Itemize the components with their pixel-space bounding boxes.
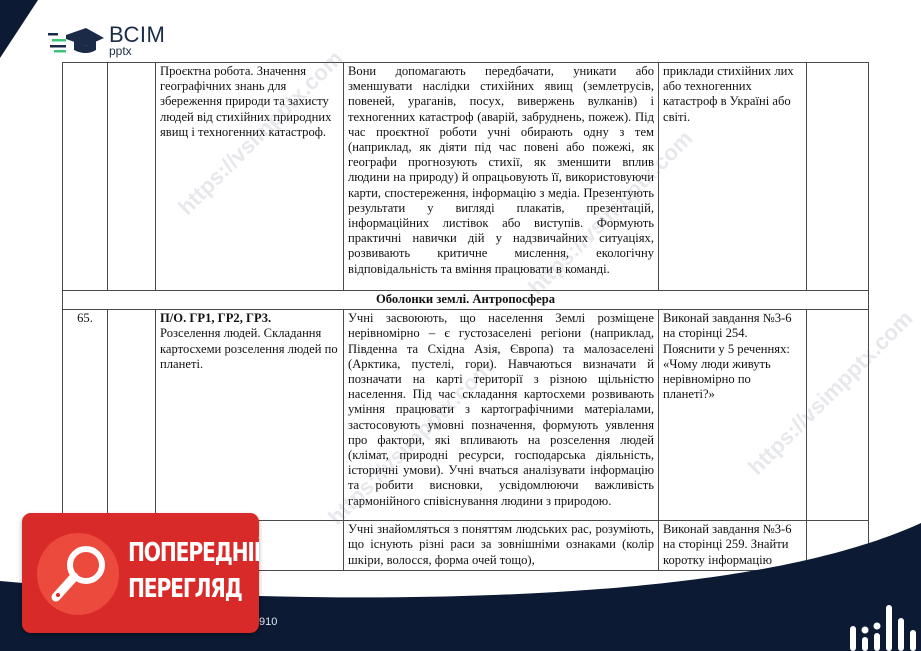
lesson-plan-table: Проєктна робота. Значення географічних з… [62, 62, 869, 571]
lesson-notes [807, 521, 869, 571]
lesson-number: 65. [63, 310, 108, 521]
table-row: Проєктна робота. Значення географічних з… [63, 63, 869, 291]
lesson-content: Вони допомагають передбачати, уникати аб… [344, 63, 659, 291]
lesson-topic: Розселення людей. Складання картосхеми р… [160, 326, 339, 372]
section-title: Оболонки землі. Антропосфера [63, 291, 869, 310]
lesson-content: Учні засвоюють, що населення Землі розмі… [344, 310, 659, 521]
preview-badge[interactable]: ПОПЕРЕДНІЙ ПЕРЕГЛЯД [22, 513, 259, 633]
corner-decoration [0, 0, 38, 58]
lesson-date [108, 310, 156, 521]
site-logo[interactable]: ВСІМ pptx [48, 24, 165, 57]
lesson-notes [807, 63, 869, 291]
logo-brand: ВСІМ [109, 24, 165, 46]
lesson-homework: приклади стихійних лих або техногенних к… [659, 63, 807, 291]
preview-label-line1: ПОПЕРЕДНІЙ [128, 535, 228, 571]
lesson-notes [807, 310, 869, 521]
lesson-date [108, 63, 156, 291]
equalizer-bars-icon [848, 590, 918, 651]
graduation-cap-icon [48, 26, 106, 56]
lesson-topic: Проєктна робота. Значення географічних з… [156, 63, 344, 291]
magnifier-icon [44, 539, 114, 609]
lesson-content: Учні знайомляться з поняттям людських ра… [344, 521, 659, 571]
preview-label-line2: ПЕРЕГЛЯД [128, 571, 228, 607]
lesson-homework: Виконай завдання №3-6 на сторінці 254. П… [659, 310, 807, 521]
table-row: 65. П/О. ГР1, ГР2, ГР3. Розселення людей… [63, 310, 869, 521]
lesson-topic-groups: П/О. ГР1, ГР2, ГР3. [160, 311, 339, 326]
footer-code: 910 [259, 616, 277, 628]
section-row: Оболонки землі. Антропосфера [63, 291, 869, 310]
lesson-topic-cell: П/О. ГР1, ГР2, ГР3. Розселення людей. Ск… [156, 310, 344, 521]
lesson-homework: Виконай завдання №3-6 на сторінці 259. З… [659, 521, 807, 571]
lesson-number [63, 63, 108, 291]
preview-label: ПОПЕРЕДНІЙ ПЕРЕГЛЯД [128, 535, 228, 607]
